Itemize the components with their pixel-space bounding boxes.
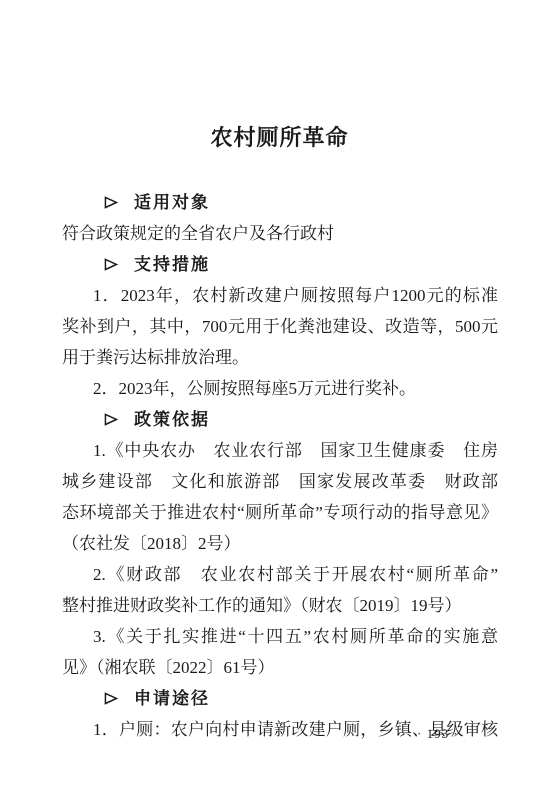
section-heading-label: 支持措施 [134, 249, 210, 280]
page-number: · 193 · [417, 726, 459, 742]
section-heading-support-measures: 支持措施 [62, 249, 498, 280]
body-line: 1．2023年，农村新改建户厕按照每户1200元的标准 [62, 280, 498, 311]
body-line: 城乡建设部 文化和旅游部 国家发展改革委 财政部 生 [62, 466, 498, 497]
body-line: 奖补到户，其中，700元用于化粪池建设、改造等，500元 [62, 311, 498, 342]
body-line: 1.《中央农办 农业农行部 国家卫生健康委 住房 [62, 435, 498, 466]
body-line: 见》（湘农联〔2022〕61号） [62, 652, 498, 683]
body-line: 2.《财政部 农业农村部关于开展农村“厕所革命” [62, 559, 498, 590]
section-heading-label: 申请途径 [134, 683, 210, 714]
section-heading-applicable-targets: 适用对象 [62, 187, 498, 218]
body-line: 2．2023年，公厕按照每座5万元进行奖补。 [62, 373, 498, 404]
body-line: 整村推进财政奖补工作的通知》（财农〔2019〕19号） [62, 590, 498, 621]
body-line: 态环境部关于推进农村“厕所革命”专项行动的指导意见》 [62, 497, 498, 528]
body-line: 符合政策规定的全省农户及各行政村 [62, 218, 498, 249]
arrow-bullet-icon [104, 258, 118, 271]
body-line: 用于粪污达标排放治理。 [62, 342, 498, 373]
document-title: 农村厕所革命 [0, 122, 559, 153]
section-heading-application-channel: 申请途径 [62, 683, 498, 714]
arrow-bullet-icon [104, 413, 118, 426]
section-heading-label: 适用对象 [134, 187, 210, 218]
arrow-bullet-icon [104, 692, 118, 705]
arrow-bullet-icon [104, 196, 118, 209]
body-line: （农社发〔2018〕2号） [62, 528, 498, 559]
section-heading-label: 政策依据 [134, 404, 210, 435]
document-content: 适用对象 符合政策规定的全省农户及各行政村 支持措施 1．2023年，农村新改建… [62, 187, 498, 745]
document-page: 农村厕所革命 适用对象 符合政策规定的全省农户及各行政村 支持措施 1． [0, 0, 559, 793]
section-heading-policy-basis: 政策依据 [62, 404, 498, 435]
body-line: 3.《关于扎实推进“十四五”农村厕所革命的实施意 [62, 621, 498, 652]
